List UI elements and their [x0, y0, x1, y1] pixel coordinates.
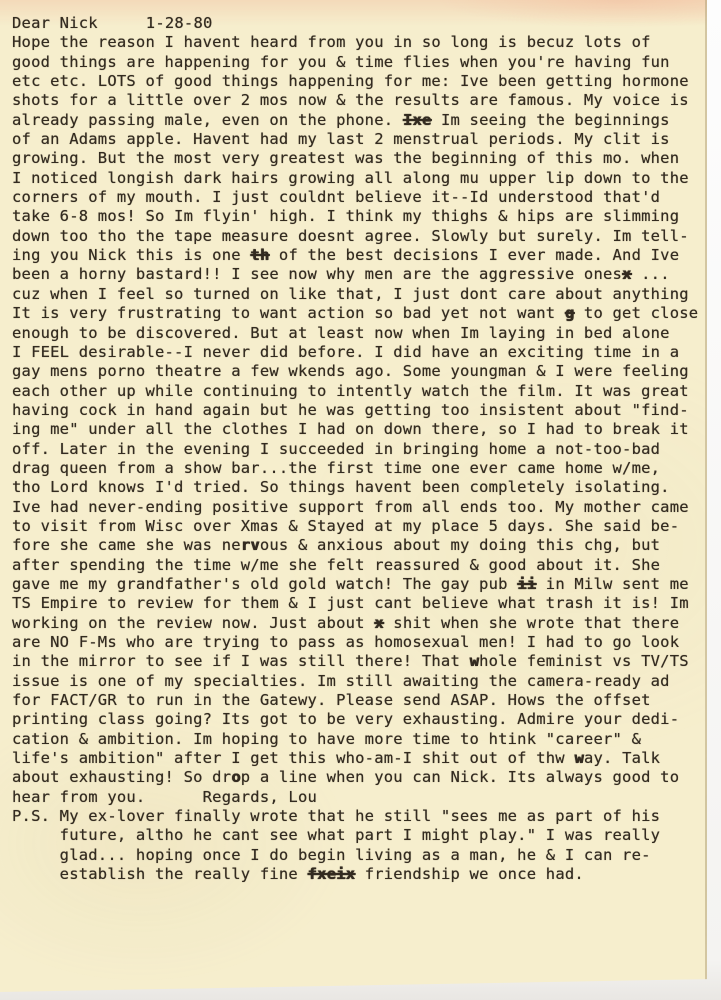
letter-line: I noticed longish dark hairs growing all… — [12, 169, 702, 188]
letter-heading: Dear Nick1-28-80 — [12, 14, 702, 33]
salutation: Dear Nick — [12, 14, 98, 32]
typewriter-overtype: o — [231, 768, 241, 786]
letter-line: after spending the time w/me she felt re… — [12, 556, 702, 575]
letter-line: ing you Nick this is one th of the best … — [12, 246, 702, 265]
letter-line: about exhausting! So drop a line when yo… — [12, 768, 702, 787]
letter-line: issue is one of my specialties. Im still… — [12, 672, 702, 691]
letter-date: 1-28-80 — [146, 14, 213, 32]
letter-line: ing me" under all the clothes I had on d… — [12, 420, 702, 439]
typewriter-crossout: x — [622, 265, 632, 283]
typewriter-crossout: ii — [517, 575, 536, 593]
letter-line: Ive had never-ending positive support fr… — [12, 498, 702, 517]
letter-line: each other up while continuing to intent… — [12, 382, 702, 401]
letter-line: etc etc. LOTS of good things happening f… — [12, 72, 702, 91]
typewriter-overtype: w — [574, 749, 584, 767]
letter-line: working on the review now. Just about x … — [12, 614, 702, 633]
letter-line: been a horny bastard!! I see now why men… — [12, 265, 702, 284]
typewriter-crossout: x — [374, 614, 384, 632]
letter-line: shots for a little over 2 mos now & the … — [12, 91, 702, 110]
letter-line: gave me my grandfather's old gold watch!… — [12, 575, 702, 594]
letter-line: hear from you. Regards, Lou — [12, 788, 702, 807]
letter-line: Hope the reason I havent heard from you … — [12, 33, 702, 52]
typewriter-overtype: rv — [241, 536, 260, 554]
letter-line: fore she came she was nervous & anxious … — [12, 536, 702, 555]
letter-line: having cock in hand again but he was get… — [12, 401, 702, 420]
letter-line: tho Lord knows I'd tried. So things have… — [12, 478, 702, 497]
letter-page: Dear Nick1-28-80 Hope the reason I haven… — [0, 0, 707, 992]
typewriter-overtype: w — [470, 652, 480, 670]
typewriter-crossout: Ixe — [403, 111, 432, 129]
letter-line: printing class going? Its got to be very… — [12, 710, 702, 729]
letter-line: for FACT/GR to run in the Gatewy. Please… — [12, 691, 702, 710]
letter-line: are NO F-Ms who are trying to pass as ho… — [12, 633, 702, 652]
letter-line: glad... hoping once I do begin living as… — [12, 846, 702, 865]
letter-line: cation & ambition. Im hoping to have mor… — [12, 730, 702, 749]
letter-line: of an Adams apple. Havent had my last 2 … — [12, 130, 702, 149]
letter-line: It is very frustrating to want action so… — [12, 304, 702, 323]
letter-line: establish the really fine fxeix friendsh… — [12, 865, 702, 884]
letter-line: drag queen from a show bar...the first t… — [12, 459, 702, 478]
letter-line: off. Later in the evening I succeeded in… — [12, 440, 702, 459]
letter-line: already passing male, even on the phone.… — [12, 111, 702, 130]
letter-line: TS Empire to review for them & I just ca… — [12, 594, 702, 613]
letter-line: gay mens porno theatre a few wkends ago.… — [12, 362, 702, 381]
letter-body: Dear Nick1-28-80 Hope the reason I haven… — [12, 14, 702, 884]
letter-line: down too tho the tape measure doesnt agr… — [12, 227, 702, 246]
letter-line: in the mirror to see if I was still ther… — [12, 652, 702, 671]
letter-line: growing. But the most very greatest was … — [12, 149, 702, 168]
letter-line: to visit from Wisc over Xmas & Stayed at… — [12, 517, 702, 536]
letter-line: I FEEL desirable--I never did before. I … — [12, 343, 702, 362]
letter-line: good things are happening for you & time… — [12, 53, 702, 72]
letter-line: corners of my mouth. I just couldnt beli… — [12, 188, 702, 207]
letter-line: future, altho he cant see what part I mi… — [12, 826, 702, 845]
letter-text: Hope the reason I havent heard from you … — [12, 33, 702, 884]
letter-line: enough to be discovered. But at least no… — [12, 324, 702, 343]
letter-line: P.S. My ex-lover finally wrote that he s… — [12, 807, 702, 826]
typewriter-crossout: fxeix — [308, 865, 356, 883]
typewriter-crossout: g — [565, 304, 575, 322]
letter-line: cuz when I feel so turned on like that, … — [12, 285, 702, 304]
letter-line: take 6-8 mos! So Im flyin' high. I think… — [12, 207, 702, 226]
typewriter-crossout: th — [250, 246, 269, 264]
letter-line: life's ambition" after I get this who-am… — [12, 749, 702, 768]
